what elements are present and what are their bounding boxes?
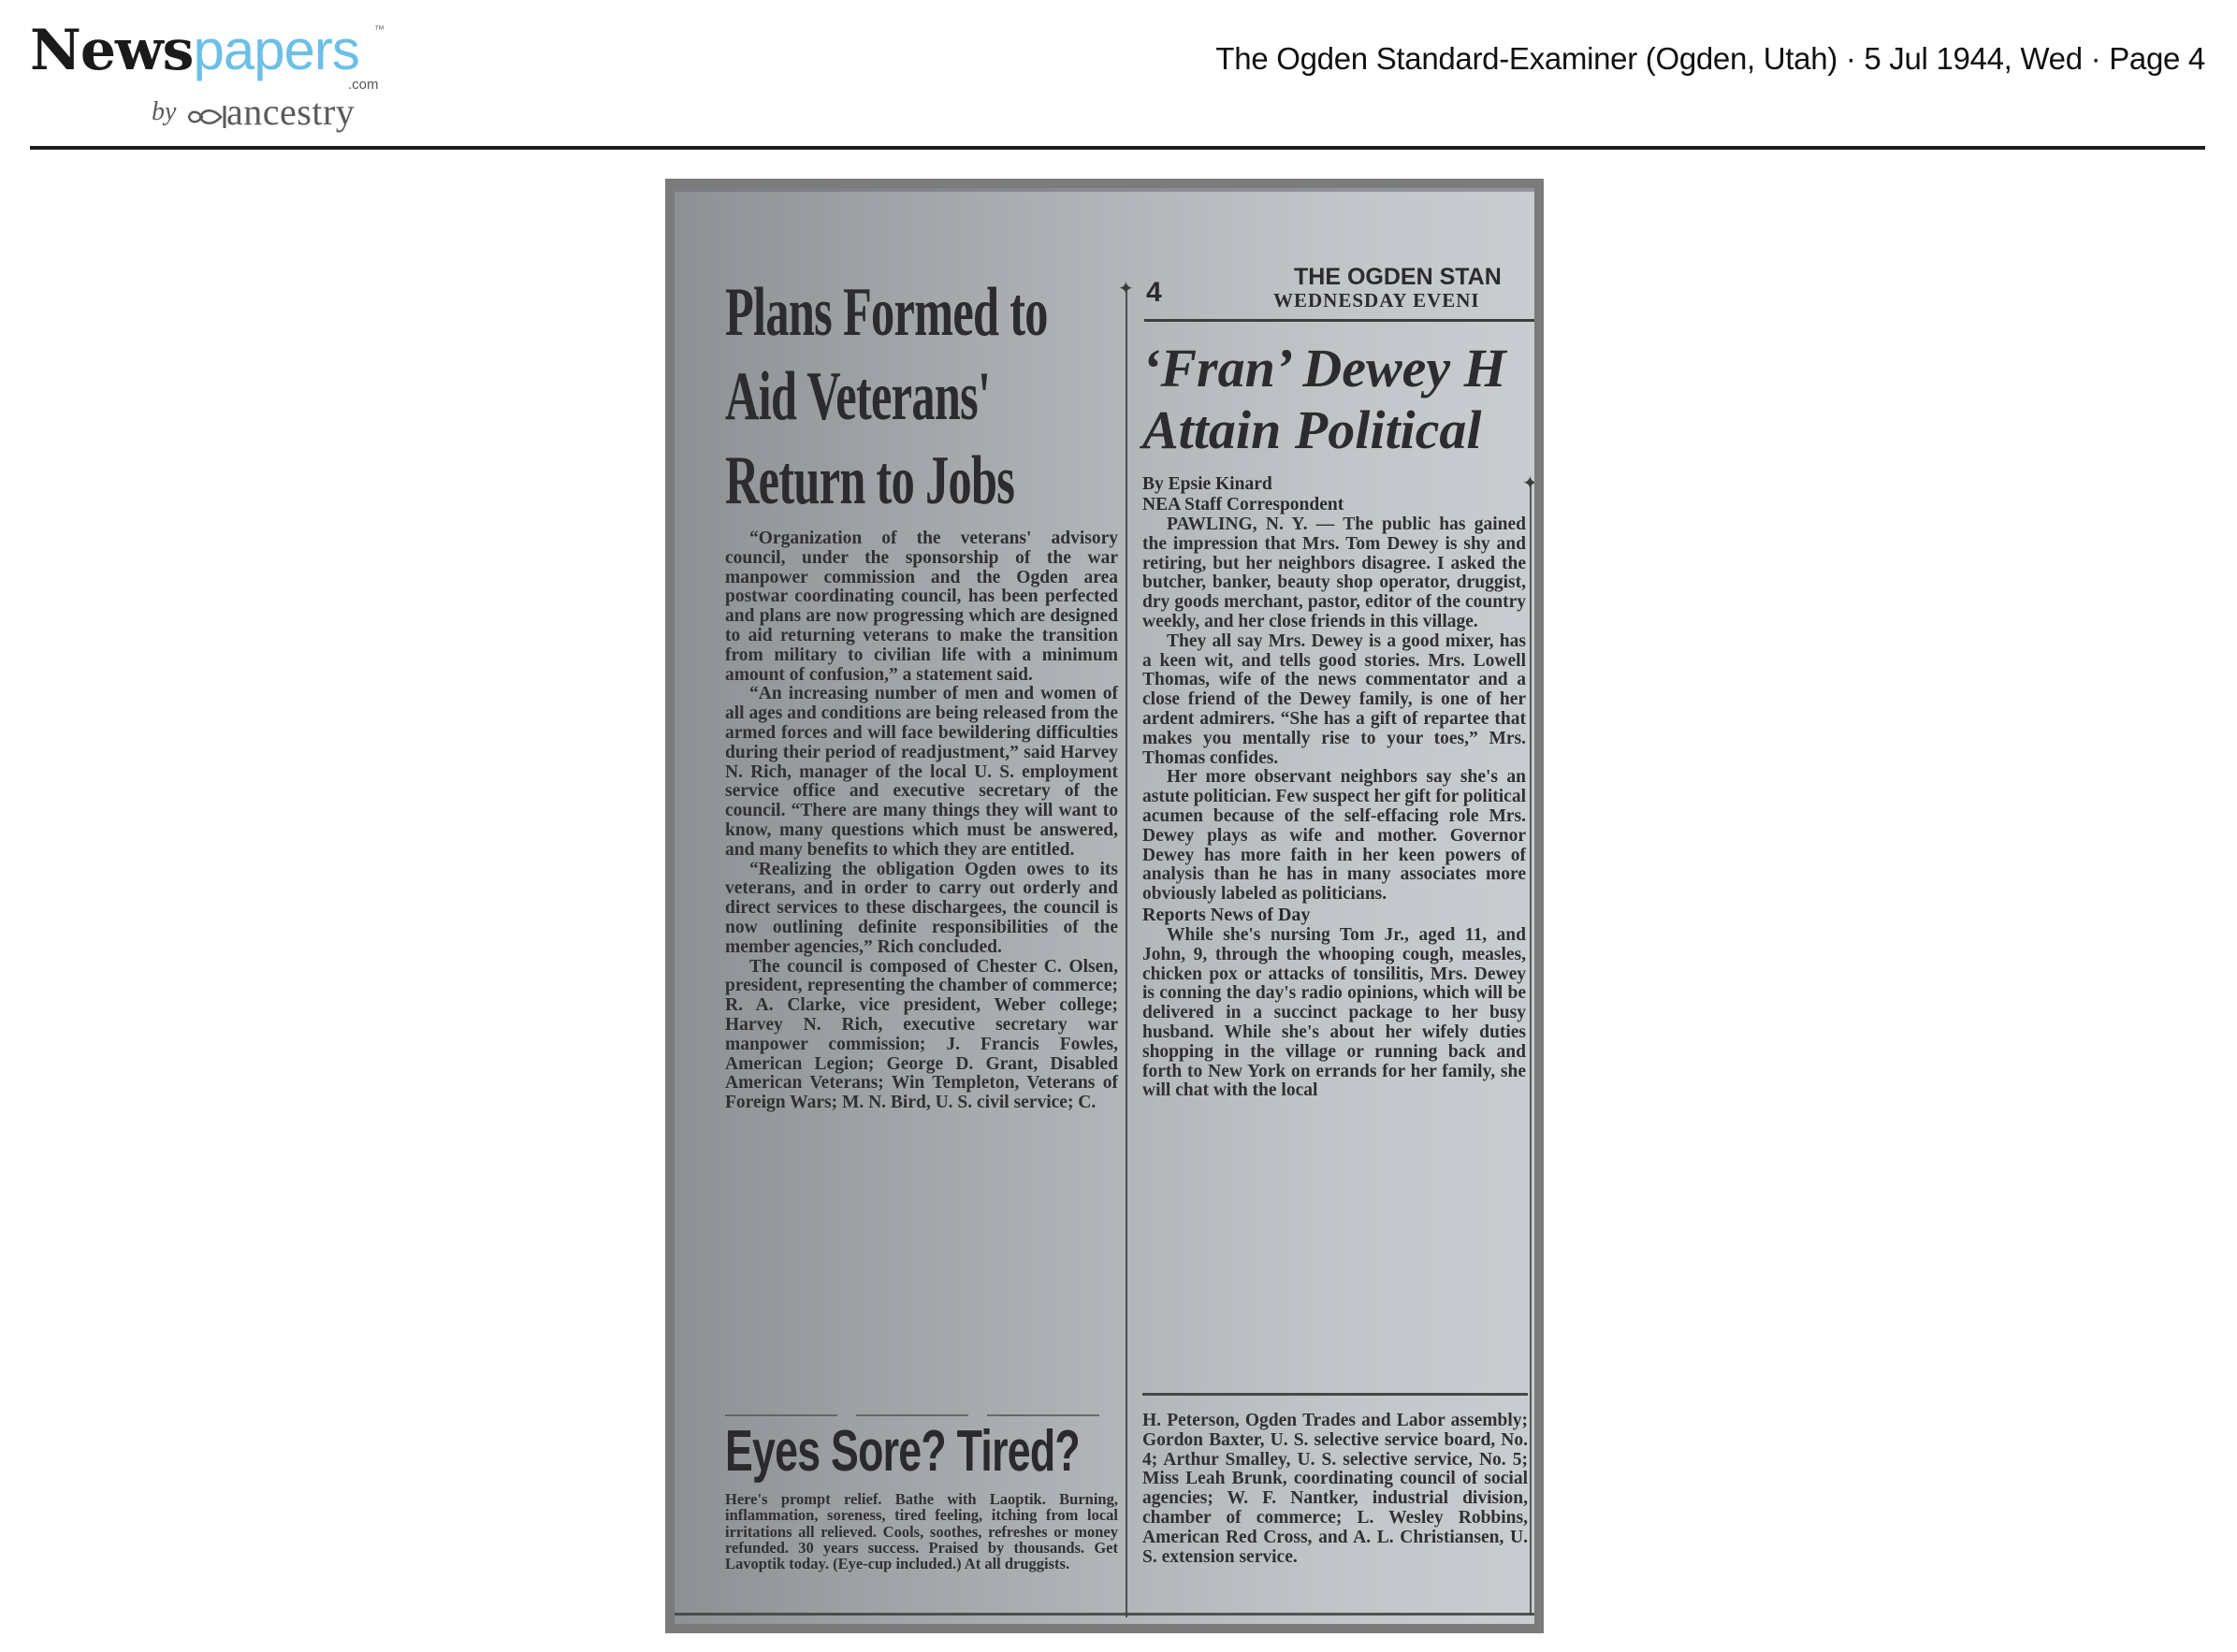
star-ornament-icon: ✦ [1522,474,1534,493]
ancestry-leaf-icon [187,103,226,131]
article-paragraph: “Realizing the obligation Ogden owes to … [725,861,1118,958]
headline-line: Attain Political [1142,399,1506,461]
newspaper-clipping[interactable]: Plans Formed to Aid Veterans' Return to … [675,188,1534,1624]
article-paragraph: PAWLING, N. Y. — The public has gained t… [1142,515,1526,632]
bottom-rule [675,1613,1534,1616]
continuation-paragraph: H. Peterson, Ogden Trades and Labor asse… [1142,1412,1528,1567]
logo-wordmark: Newspapers [30,21,359,80]
byline-author: By Epsie Kinard [1142,474,1344,495]
ad-text: Here's prompt relief. Bathe with Laoptik… [725,1491,1118,1572]
page-number: 4 [1146,277,1162,309]
logo-word-papers: papers [193,19,358,81]
newspaper-clipping-frame: Plans Formed to Aid Veterans' Return to … [665,179,1544,1633]
article-paragraph: Her more observant neighbors say she's a… [1142,768,1526,905]
trademark-symbol: ™ [374,24,385,36]
header-divider [30,146,2205,150]
dewey-headline: ‘Fran’ Dewey H Attain Political [1142,338,1506,461]
masthead-rule [1144,319,1534,322]
article-paragraph: The council is composed of Chester C. Ol… [725,958,1118,1113]
article-paragraph: They all say Mrs. Dewey is a good mixer,… [1142,632,1526,769]
logo-by: by [152,97,176,127]
ad-headline: Eyes Sore? Tired? [725,1421,1080,1483]
section-rule [1142,1393,1528,1396]
byline: By Epsie Kinard NEA Staff Correspondent [1142,474,1344,515]
paper-edge [675,188,1534,192]
veterans-article-body: “Organization of the veterans' advisory … [725,529,1118,1113]
logo-word-news: News [30,18,193,83]
masthead-subtitle: WEDNESDAY EVENI [1273,289,1480,312]
veterans-headline: Plans Formed to Aid Veterans' Return to … [725,270,1048,523]
logo-ancestry: ancestry [226,90,355,134]
dewey-article-body: PAWLING, N. Y. — The public has gained t… [1142,515,1526,1101]
article-subhead: Reports News of Day [1142,905,1526,926]
newspapers-logo[interactable]: Newspapers ™ .com by ancestry [30,21,385,123]
article-paragraph: “Organization of the veterans' advisory … [725,529,1118,685]
right-column-border [1530,484,1532,1616]
article-paragraph: “An increasing number of men and women o… [725,685,1118,860]
masthead-title: THE OGDEN STAN [1294,266,1502,289]
headline-line: Plans Formed to [725,270,1048,355]
headline-line: Return to Jobs [725,439,1048,523]
page-title: The Ogden Standard-Examiner (Ogden, Utah… [1215,41,2205,77]
headline-line: ‘Fran’ Dewey H [1142,338,1506,399]
star-ornament-icon: ✦ [1118,280,1134,298]
article-paragraph: While she's nursing Tom Jr., aged 11, an… [1142,926,1526,1101]
headline-line: Aid Veterans' [725,355,1048,439]
byline-title: NEA Staff Correspondent [1142,495,1344,515]
veterans-continuation: H. Peterson, Ogden Trades and Labor asse… [1142,1412,1528,1567]
ad-separator-rule [725,1414,1118,1416]
ad-body: Here's prompt relief. Bathe with Laoptik… [725,1491,1118,1572]
column-divider [1126,289,1127,1617]
